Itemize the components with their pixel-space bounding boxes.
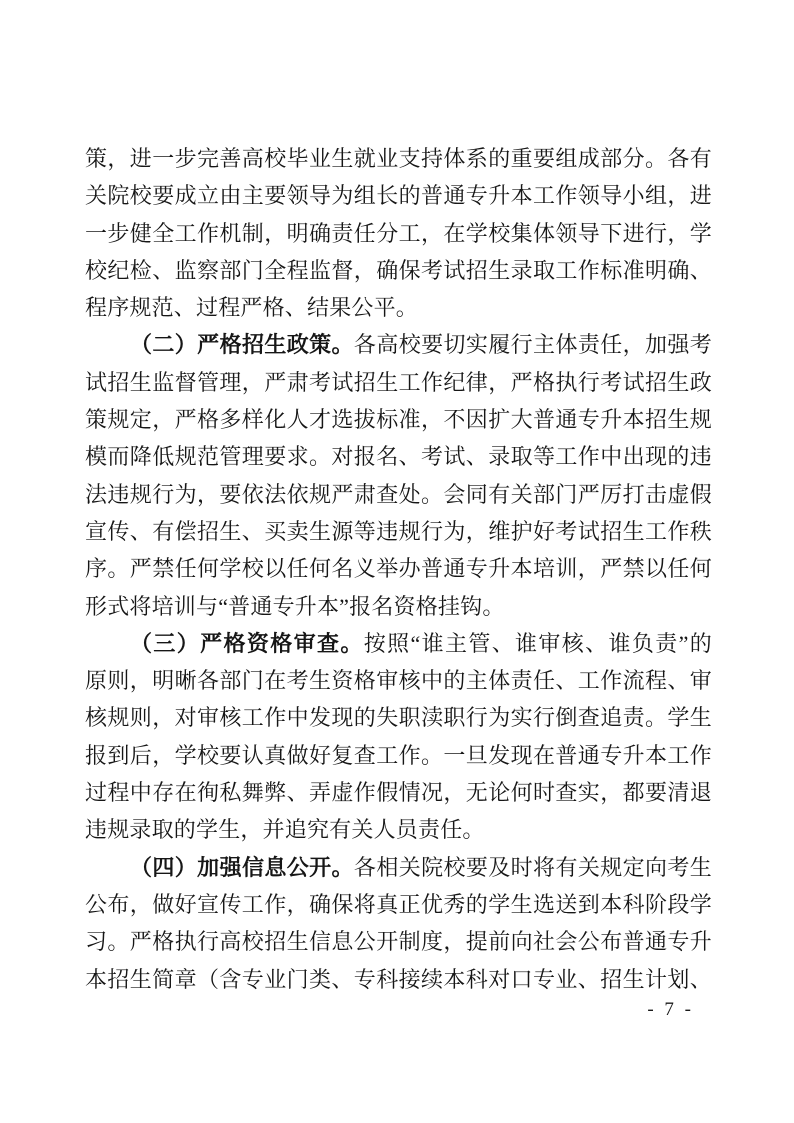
text-line: （三）严格资格审查。按照“谁主管、谁审核、谁负责”的 xyxy=(85,625,712,662)
line-text: 报到后，学校要认真做好复查工作。一旦发现在普通专升本工作 xyxy=(85,743,712,768)
line-text: 法违规行为，要依法依规严肃查处。会同有关部门严厉打击虚假 xyxy=(85,482,712,507)
section-heading: （二）严格招生政策。 xyxy=(130,332,354,357)
text-line: 违规录取的学生，并追究有关人员责任。 xyxy=(85,811,712,848)
section-heading: （三）严格资格审查。 xyxy=(130,631,364,656)
line-text: 关院校要成立由主要领导为组长的普通专升本工作领导小组，进 xyxy=(85,183,712,208)
line-text: 违规录取的学生，并追究有关人员责任。 xyxy=(85,817,485,842)
text-line: 核规则，对审核工作中发现的失职渎职行为实行倒查追责。学生 xyxy=(85,699,712,736)
line-text: 策，进一步完善高校毕业生就业支持体系的重要组成部分。各有 xyxy=(85,146,712,171)
document-body: 策，进一步完善高校毕业生就业支持体系的重要组成部分。各有关院校要成立由主要领导为… xyxy=(85,140,712,998)
section-heading: （四）加强信息公开。 xyxy=(130,855,354,880)
text-line: 过程中存在徇私舞弊、弄虚作假情况，无论何时查实，都要清退 xyxy=(85,774,712,811)
line-text: 各相关院校要及时将有关规定向考生 xyxy=(354,855,712,880)
line-text: 核规则，对审核工作中发现的失职渎职行为实行倒查追责。学生 xyxy=(85,705,712,730)
line-text: 按照“谁主管、谁审核、谁负责”的 xyxy=(364,631,712,656)
text-line: 策，进一步完善高校毕业生就业支持体系的重要组成部分。各有 xyxy=(85,140,712,177)
text-line: （四）加强信息公开。各相关院校要及时将有关规定向考生 xyxy=(85,849,712,886)
line-text: 习。严格执行高校招生信息公开制度，提前向社会公布普通专升 xyxy=(85,929,712,954)
text-line: 宣传、有偿招生、买卖生源等违规行为，维护好考试招生工作秩 xyxy=(85,513,712,550)
line-text: 一步健全工作机制，明确责任分工，在学校集体领导下进行，学 xyxy=(85,221,712,246)
text-line: 策规定，严格多样化人才选拔标准，不因扩大普通专升本招生规 xyxy=(85,401,712,438)
text-line: 程序规范、过程严格、结果公平。 xyxy=(85,289,712,326)
line-text: 形式将培训与“普通专升本”报名资格挂钩。 xyxy=(85,594,505,619)
text-line: （二）严格招生政策。各高校要切实履行主体责任，加强考 xyxy=(85,326,712,363)
line-text: 过程中存在徇私舞弊、弄虚作假情况，无论何时查实，都要清退 xyxy=(85,780,712,805)
text-line: 形式将培训与“普通专升本”报名资格挂钩。 xyxy=(85,588,712,625)
text-line: 关院校要成立由主要领导为组长的普通专升本工作领导小组，进 xyxy=(85,177,712,214)
line-text: 程序规范、过程严格、结果公平。 xyxy=(85,295,418,320)
line-text: 试招生监督管理，严肃考试招生工作纪律，严格执行考试招生政 xyxy=(85,370,712,395)
text-line: 序。严禁任何学校以任何名义举办普通专升本培训，严禁以任何 xyxy=(85,550,712,587)
text-line: 公布，做好宣传工作，确保将真正优秀的学生选送到本科阶段学 xyxy=(85,886,712,923)
line-text: 本招生简章（含专业门类、专科接续本科对口专业、招生计划、 xyxy=(85,967,712,992)
line-text: 原则，明晰各部门在考生资格审核中的主体责任、工作流程、审 xyxy=(85,668,712,693)
line-text: 公布，做好宣传工作，确保将真正优秀的学生选送到本科阶段学 xyxy=(85,892,712,917)
line-text: 宣传、有偿招生、买卖生源等违规行为，维护好考试招生工作秩 xyxy=(85,519,712,544)
line-text: 序。严禁任何学校以任何名义举办普通专升本培训，严禁以任何 xyxy=(85,556,712,581)
line-text: 模而降低规范管理要求。对报名、考试、录取等工作中出现的违 xyxy=(85,444,712,469)
text-line: 模而降低规范管理要求。对报名、考试、录取等工作中出现的违 xyxy=(85,438,712,475)
text-line: 习。严格执行高校招生信息公开制度，提前向社会公布普通专升 xyxy=(85,923,712,960)
page-number: - 7 - xyxy=(647,999,694,1021)
text-line: 一步健全工作机制，明确责任分工，在学校集体领导下进行，学 xyxy=(85,215,712,252)
line-text: 校纪检、监察部门全程监督，确保考试招生录取工作标准明确、 xyxy=(85,258,712,283)
line-text: 各高校要切实履行主体责任，加强考 xyxy=(354,332,712,357)
text-line: 校纪检、监察部门全程监督，确保考试招生录取工作标准明确、 xyxy=(85,252,712,289)
text-line: 试招生监督管理，严肃考试招生工作纪律，严格执行考试招生政 xyxy=(85,364,712,401)
line-text: 策规定，严格多样化人才选拔标准，不因扩大普通专升本招生规 xyxy=(85,407,712,432)
text-line: 报到后，学校要认真做好复查工作。一旦发现在普通专升本工作 xyxy=(85,737,712,774)
document-page: 策，进一步完善高校毕业生就业支持体系的重要组成部分。各有关院校要成立由主要领导为… xyxy=(0,0,794,1123)
text-line: 本招生简章（含专业门类、专科接续本科对口专业、招生计划、 xyxy=(85,961,712,998)
text-line: 原则，明晰各部门在考生资格审核中的主体责任、工作流程、审 xyxy=(85,662,712,699)
text-line: 法违规行为，要依法依规严肃查处。会同有关部门严厉打击虚假 xyxy=(85,476,712,513)
